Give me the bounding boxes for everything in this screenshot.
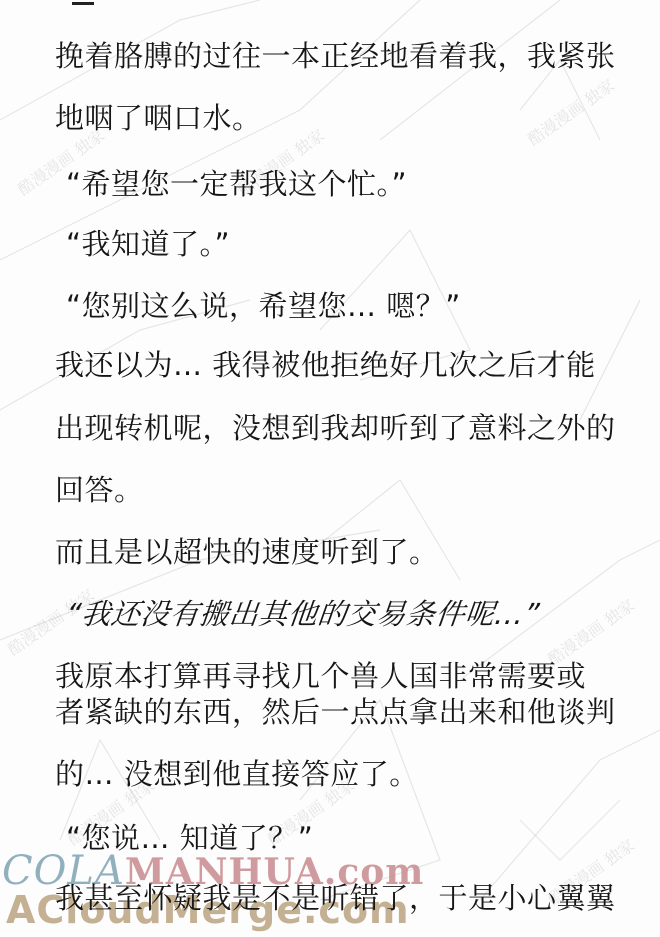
text-line: 的… 没想到他直接答应了。 [55,756,419,792]
dialogue-line: “您别这么说，希望您… 嗯？” [66,288,461,324]
text-line: 地咽了咽口水。 [55,100,262,136]
text-line: 者紧缺的东西，然后一点点拿出来和他谈判 [55,694,616,730]
text-line: 挽着胳膊的过往一本正经地看着我，我紧张 [55,38,616,74]
dialogue-line: “我知道了。” [66,226,230,262]
text-line: 回答。 [55,472,144,508]
thought-line: “我还没有搬出其他的交易条件呢…” [64,596,541,632]
manga-text-page: 酷漫漫画 独家 酷漫漫画 独家 酷漫漫画 独家 酷漫漫画 独家 酷漫漫画 独家 … [0,0,660,937]
text-line: 我甚至怀疑我是不是听错了，于是小心翼翼 [55,880,616,916]
text-line: 我原本打算再寻找几个兽人国非常需要或 [55,658,586,694]
cut-off-character-fragment [72,0,94,5]
dialogue-line: “希望您一定帮我这个忙。” [66,166,407,202]
text-line: 我还以为… 我得被他拒绝好几次之后才能 [55,347,596,383]
text-line: 而且是以超快的速度听到了。 [55,534,439,570]
background-watermark-lines [0,0,660,937]
text-line: 出现转机呢，没想到我却听到了意料之外的 [55,410,616,446]
faint-watermark: 酷漫漫画 独家 [523,73,619,150]
